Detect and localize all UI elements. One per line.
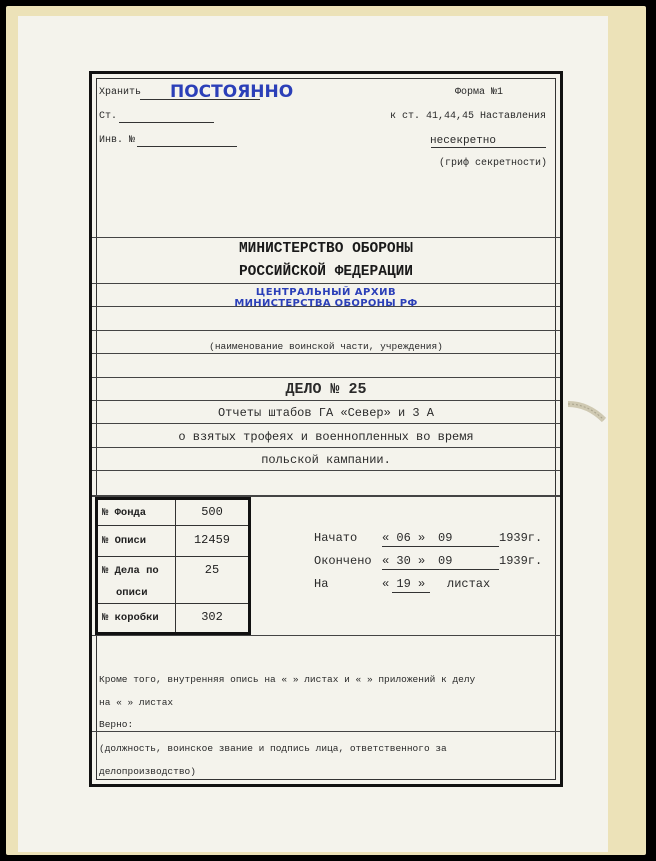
table-row: № коробки 302 [98, 604, 248, 632]
fund-label: № Фонда [102, 507, 146, 519]
archive-stamp-line-1: ЦЕНТРАЛЬНЫЙ АРХИВ [92, 287, 560, 298]
rule [92, 330, 560, 331]
ministry-line-1: МИНИСТЕРСТВО ОБОРОНЫ [92, 241, 560, 257]
ministry-line-2: РОССИЙСКОЙ ФЕДЕРАЦИИ [92, 264, 560, 280]
sheets-unit: листах [447, 577, 490, 591]
rule [92, 447, 560, 448]
started-label: Начато [314, 531, 357, 545]
case-title: ДЕЛО № 25 [92, 381, 560, 398]
signature-line-2: делопроизводство) [99, 766, 196, 777]
inv-underline [137, 146, 237, 147]
form-label: Форма №1 [455, 87, 503, 98]
sheets-value: « 19 » [382, 577, 425, 591]
case-description-line-1: Отчеты штабов ГА «Север» и 3 А [92, 406, 560, 420]
rule [92, 377, 560, 378]
keep-stamp: ПОСТОЯННО [170, 82, 293, 102]
archive-index-table: № Фонда 500 № Описи 12459 № Дела по опис… [95, 497, 251, 635]
rule [92, 635, 560, 636]
ended-month: 09 [438, 554, 452, 568]
table-row: № Описи 12459 [98, 526, 248, 557]
ended-year: 1939г. [499, 554, 542, 568]
case-cover-frame: Хранить ПОСТОЯННО Форма №1 Ст. к ст. 41,… [89, 71, 563, 787]
case-description-line-2: о взятых трофеях и военнопленных во врем… [92, 430, 560, 444]
started-day: « 06 » [382, 531, 425, 545]
fund-value: 500 [176, 505, 248, 519]
rule [92, 731, 560, 732]
verified-label: Верно: [99, 719, 133, 730]
rule [92, 283, 560, 284]
case-number-value: 25 [176, 563, 248, 577]
st-underline [119, 122, 214, 123]
box-value: 302 [176, 610, 248, 624]
started-underline [382, 546, 499, 547]
binding-cord-icon [568, 400, 608, 422]
box-label: № коробки [102, 612, 159, 624]
case-description-line-3: польской кампании. [92, 453, 560, 467]
inv-label: Инв. № [99, 135, 135, 146]
inventory-value: 12459 [176, 533, 248, 547]
table-row: № Дела по описи 25 [98, 557, 248, 604]
institution-caption: (наименование воинской части, учреждения… [92, 341, 560, 352]
inventory-line-1: Кроме того, внутренняя опись на « » лист… [99, 674, 475, 685]
started-year: 1939г. [499, 531, 542, 545]
secrecy-underline [431, 147, 546, 148]
keep-label: Хранить [99, 87, 141, 98]
rule [92, 470, 560, 471]
rule [92, 400, 560, 401]
started-month: 09 [438, 531, 452, 545]
ended-label: Окончено [314, 554, 372, 568]
archive-stamp-line-2: МИНИСТЕРСТВА ОБОРОНЫ РФ [92, 298, 560, 309]
inventory-line-2: на « » листах [99, 697, 173, 708]
case-number-label: № Дела по [102, 565, 159, 577]
table-row: № Фонда 500 [98, 500, 248, 526]
st-label: Ст. [99, 111, 117, 122]
rule [92, 423, 560, 424]
signature-line-1: (должность, воинское звание и подпись ли… [99, 743, 447, 754]
rule [92, 353, 560, 354]
case-number-label-2: описи [116, 587, 148, 599]
reference-text: к ст. 41,44,45 Наставления [390, 111, 546, 122]
ended-day: « 30 » [382, 554, 425, 568]
secrecy-value: несекретно [430, 135, 496, 147]
sheets-underline [392, 592, 430, 593]
ended-underline [382, 569, 499, 570]
sheets-label: На [314, 577, 328, 591]
inventory-label: № Описи [102, 535, 146, 547]
secrecy-caption: (гриф секретности) [439, 158, 547, 169]
rule [92, 237, 560, 238]
